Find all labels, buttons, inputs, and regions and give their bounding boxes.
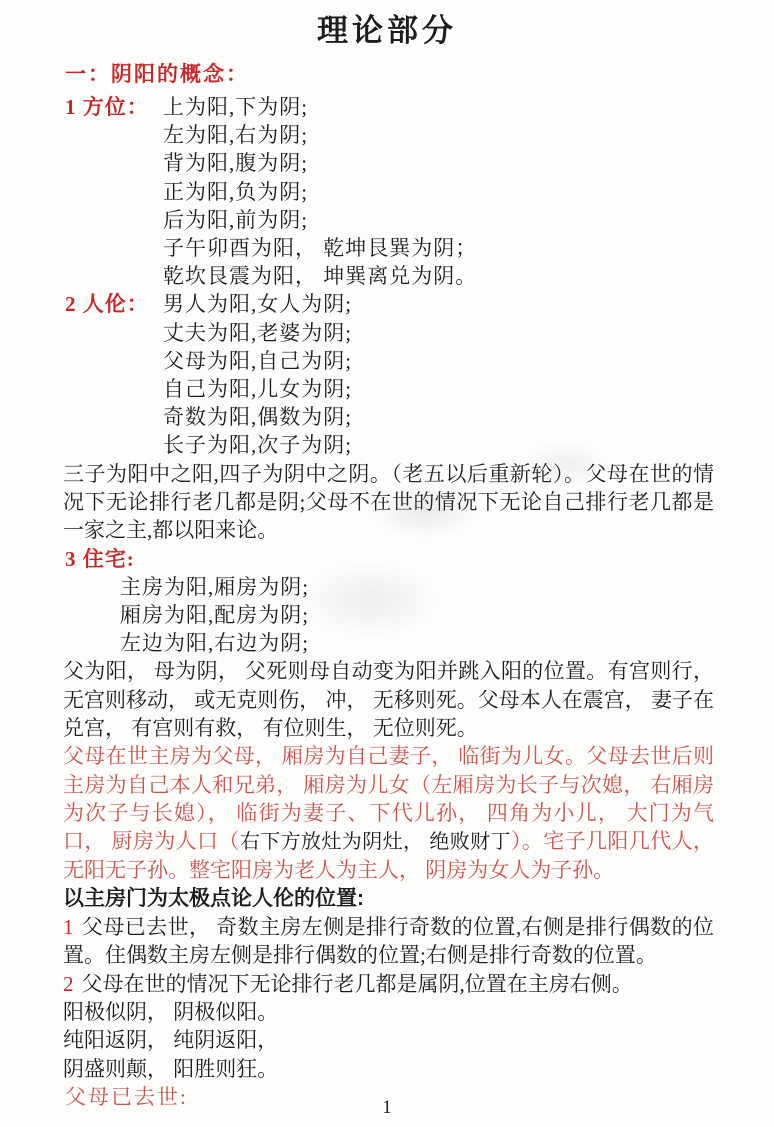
renlun-label: 2 人伦： [65, 290, 163, 459]
taiji-item-1: 1父母已去世， 奇数主房左侧是排行奇数的位置,右侧是排行偶数的位置。住偶数主房左… [63, 913, 714, 970]
taiji-heading: 以主房门为太极点论人伦的位置: [63, 885, 774, 913]
document-page: 理论部分 一：阴阳的概念： 1 方位： 上为阳,下为阴; 左为阳,右为阴; 背为… [0, 0, 774, 1127]
list-item: 正为阳,负为阴; [163, 178, 774, 206]
page-title: 理论部分 [0, 0, 774, 52]
aphorism-line: 阳极似阴， 阴极似阳。 [63, 998, 774, 1026]
fangwei-list: 上为阳,下为阴; 左为阳,右为阴; 背为阳,腹为阴; 正为阳,负为阴; 后为阳,… [163, 93, 774, 290]
fangwei-label: 1 方位： [65, 93, 163, 290]
list-item: 上为阳,下为阴; [163, 93, 774, 121]
aphorism-line: 阴盛则颠， 阳胜则狂。 [63, 1055, 774, 1083]
list-item: 子午卯酉为阳， 乾坤艮巽为阴； [163, 234, 774, 262]
renlun-note-paragraph: 三子为阳中之阳,四子为阴中之阴。（老五以后重新轮）。父母在世的情况下无论排行老几… [63, 460, 714, 545]
zhuzhai-label: 3 住宅: [65, 545, 774, 573]
list-item: 左为阳,右为阴; [163, 121, 774, 149]
page-number: 1 [0, 1097, 774, 1119]
aphorism-line: 纯阳返阴， 纯阴返阳， [63, 1026, 774, 1054]
list-item: 后为阳,前为阴; [163, 206, 774, 234]
list-item: 背为阳,腹为阴; [163, 149, 774, 177]
red-note-paragraph: 父母在世主房为父母， 厢房为自己妻子， 临街为儿女。父母去世后则主房为自己本人和… [63, 742, 714, 884]
list-item: 父母为阳,自己为阴; [163, 347, 774, 375]
taiji-item-2-number: 2 [63, 972, 74, 996]
taiji-item-1-number: 1 [63, 915, 74, 939]
list-item: 左边为阳,右边为阴; [120, 629, 774, 657]
list-item: 乾坎艮震为阳， 坤巽离兑为阴。 [163, 262, 774, 290]
list-item: 奇数为阳,偶数为阴; [163, 403, 774, 431]
taiji-item-2: 2父母在世的情况下无论排行老几都是属阴,位置在主房右侧。 [63, 970, 714, 998]
section-heading-yinyang: 一：阴阳的概念： [65, 60, 774, 88]
taiji-item-2-text: 父母在世的情况下无论排行老几都是属阴,位置在主房右侧。 [82, 972, 633, 996]
list-item: 丈夫为阳,老婆为阴; [163, 319, 774, 347]
zhuzhai-note-paragraph: 父为阳， 母为阴， 父死则母自动变为阳并跳入阳的位置。有宫则行， 无宫则移动， … [63, 657, 714, 742]
red-note-black-inline: 右下方放灶为阴灶， 绝败财丁 [240, 831, 511, 853]
renlun-section: 2 人伦： 男人为阳,女人为阴; 丈夫为阳,老婆为阴; 父母为阳,自己为阴; 自… [65, 290, 774, 459]
list-item: 自己为阳,儿女为阴; [163, 375, 774, 403]
list-item: 长子为阳,次子为阴; [163, 431, 774, 459]
list-item: 厢房为阳,配房为阴; [120, 601, 774, 629]
zhuzhai-list: 主房为阳,厢房为阴; 厢房为阳,配房为阴; 左边为阳,右边为阴; [120, 573, 774, 658]
taiji-item-1-text: 父母已去世， 奇数主房左侧是排行奇数的位置,右侧是排行偶数的位置。住偶数主房左侧… [63, 915, 714, 967]
fangwei-section: 1 方位： 上为阳,下为阴; 左为阳,右为阴; 背为阳,腹为阴; 正为阳,负为阴… [65, 93, 774, 290]
renlun-list: 男人为阳,女人为阴; 丈夫为阳,老婆为阴; 父母为阳,自己为阴; 自己为阳,儿女… [163, 290, 774, 459]
list-item: 主房为阳,厢房为阴; [120, 573, 774, 601]
list-item: 男人为阳,女人为阴; [163, 290, 774, 318]
